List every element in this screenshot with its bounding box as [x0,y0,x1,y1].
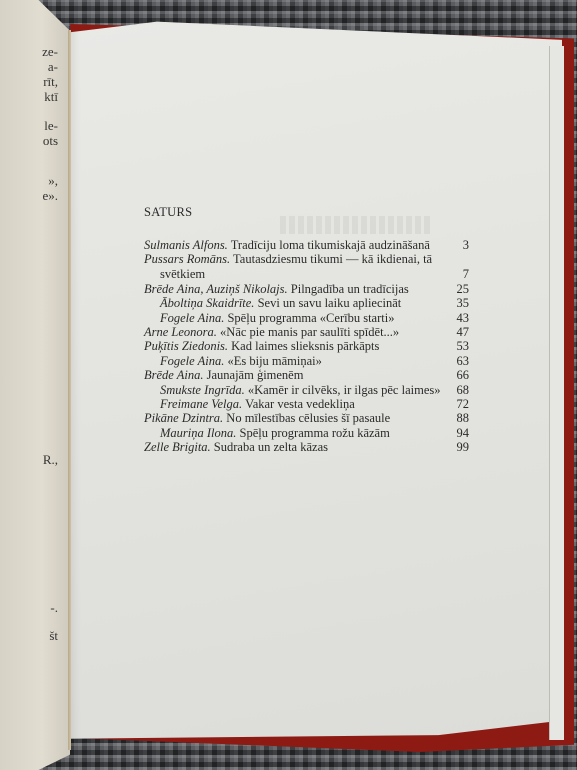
toc-entry-page: 53 [445,339,469,353]
toc-entry-title: Tradīciju loma tikumiskajā audzināšanā [231,238,430,252]
toc-entry-text: Brēde Aina. Jaunajām ģimenēm [144,368,445,382]
toc-entry-page: 99 [445,440,469,454]
left-page-text-fragment: ktī [44,89,58,104]
toc-entry-text: Zelle Brigita. Sudraba un zelta kāzas [144,440,445,454]
page-edge [549,46,564,740]
left-page-text-fragment: št [49,628,58,643]
toc-entry-author: Zelle Brigita. [144,440,211,454]
table-of-contents: SATURS Sulmanis Alfons. Tradīciju loma t… [144,205,469,455]
toc-entry-text: Pikāne Dzintra. No mīlestības cēlusies š… [144,411,445,425]
left-page-text-fragment: ze- [42,44,58,59]
toc-entry-text: Brēde Aina, Auziņš Nikolajs. Pilngadība … [144,282,445,296]
toc-entry: Āboltiņa Skaidrīte. Sevi un savu laiku a… [144,296,469,310]
toc-entry-title: Kad laimes slieksnis pārkāpts [231,339,379,353]
toc-entry-text: Puķītis Ziedonis. Kad laimes slieksnis p… [144,339,445,353]
toc-entry-author: Pikāne Dzintra. [144,411,223,425]
toc-entry-text: Freimane Velga. Vakar vesta vedekliņa [160,397,445,411]
toc-entry-page: 63 [445,354,469,368]
toc-entry: Puķītis Ziedonis. Kad laimes slieksnis p… [144,339,469,353]
toc-entry: Mauriņa Ilona. Spēļu programma rožu kāzā… [144,426,469,440]
toc-entry-text: Sulmanis Alfons. Tradīciju loma tikumisk… [144,238,445,252]
toc-entry-page: 94 [445,426,469,440]
toc-entry: Brēde Aina. Jaunajām ģimenēm66 [144,368,469,382]
left-page-text-fragment: rīt, [43,74,58,89]
toc-entry-author: Fogele Aina. [160,311,224,325]
toc-entry-title-continued: svētkiem [160,267,445,282]
toc-entry-title: «Nāc pie manis par saulīti spīdēt...» [220,325,399,339]
toc-entry-text: Smukste Ingrīda. «Kamēr ir cilvēks, ir i… [160,383,445,397]
left-page-text-fragment: -. [50,600,58,615]
toc-entry-title: Spēļu programma «Cerību starti» [227,311,394,325]
toc-entry-author: Brēde Aina. [144,368,203,382]
book-gutter [68,30,71,750]
toc-entry-page: 72 [445,397,469,411]
toc-entry-page: 7 [445,267,469,282]
toc-entry-author: Puķītis Ziedonis. [144,339,228,353]
toc-entry-continuation: svētkiem7 [144,267,469,282]
left-page-text-fragment: a- [48,59,58,74]
toc-entry-author: Āboltiņa Skaidrīte. [160,296,254,310]
toc-entry-text: Arne Leonora. «Nāc pie manis par saulīti… [144,325,445,339]
toc-entry-title: Vakar vesta vedekliņa [245,397,355,411]
toc-entry-author: Pussars Romāns. [144,252,230,266]
toc-entry: Brēde Aina, Auziņš Nikolajs. Pilngadība … [144,282,469,296]
toc-entry-page: 25 [445,282,469,296]
toc-entry: Pikāne Dzintra. No mīlestības cēlusies š… [144,411,469,425]
toc-entry-text: Fogele Aina. «Es biju māmiņai» [160,354,445,368]
toc-entry-page: 35 [445,296,469,310]
toc-entry: Fogele Aina. «Es biju māmiņai»63 [144,354,469,368]
toc-entry-title: Sudraba un zelta kāzas [214,440,328,454]
toc-entry-text: Mauriņa Ilona. Spēļu programma rožu kāzā… [160,426,445,440]
toc-entries: Sulmanis Alfons. Tradīciju loma tikumisk… [144,238,469,455]
toc-entry-text: Āboltiņa Skaidrīte. Sevi un savu laiku a… [160,296,445,310]
toc-entry-title: «Kamēr ir cilvēks, ir ilgas pēc laimes» [248,383,441,397]
toc-entry-author: Sulmanis Alfons. [144,238,228,252]
toc-entry-page: 47 [445,325,469,339]
toc-entry: Zelle Brigita. Sudraba un zelta kāzas99 [144,440,469,454]
toc-entry-page: 3 [445,238,469,252]
left-page-text-fragment: le- [44,118,58,133]
toc-entry-page: 66 [445,368,469,382]
toc-entry-author: Freimane Velga. [160,397,242,411]
toc-entry-page: 68 [445,383,469,397]
toc-entry: Arne Leonora. «Nāc pie manis par saulīti… [144,325,469,339]
toc-entry-title: «Es biju māmiņai» [227,354,321,368]
toc-entry-title: Jaunajām ģimenēm [207,368,304,382]
toc-entry-author: Arne Leonora. [144,325,217,339]
toc-entry-title: No mīlestības cēlusies šī pasaule [226,411,390,425]
toc-entry: Sulmanis Alfons. Tradīciju loma tikumisk… [144,238,469,252]
toc-heading: SATURS [144,205,469,220]
toc-entry-text: Fogele Aina. Spēļu programma «Cerību sta… [160,311,445,325]
left-page-text-fragment: e». [42,188,58,203]
toc-entry-title: Tautasdziesmu tikumi — kā ikdienai, tā [233,252,432,266]
toc-entry-author: Smukste Ingrīda. [160,383,245,397]
toc-entry: Pussars Romāns. Tautasdziesmu tikumi — k… [144,252,469,266]
toc-entry-author: Mauriņa Ilona. [160,426,236,440]
toc-entry-text: Pussars Romāns. Tautasdziesmu tikumi — k… [144,252,469,266]
toc-entry-author: Brēde Aina, Auziņš Nikolajs. [144,282,288,296]
left-page-text-fragment: ots [43,133,58,148]
toc-entry: Fogele Aina. Spēļu programma «Cerību sta… [144,311,469,325]
toc-entry: Smukste Ingrīda. «Kamēr ir cilvēks, ir i… [144,383,469,397]
toc-entry-author: Fogele Aina. [160,354,224,368]
toc-entry-title: Spēļu programma rožu kāzām [240,426,390,440]
left-page: ze-a-rīt,ktīle-ots»,e».R.,-.št [0,0,70,770]
left-page-text-fragment: », [48,173,58,188]
toc-entry: Freimane Velga. Vakar vesta vedekliņa72 [144,397,469,411]
toc-entry-page: 43 [445,311,469,325]
toc-entry-title: Pilngadība un tradīcijas [291,282,409,296]
left-page-text-fragment: R., [43,452,58,467]
toc-entry-title: Sevi un savu laiku apliecināt [258,296,402,310]
toc-entry-page: 88 [445,411,469,425]
